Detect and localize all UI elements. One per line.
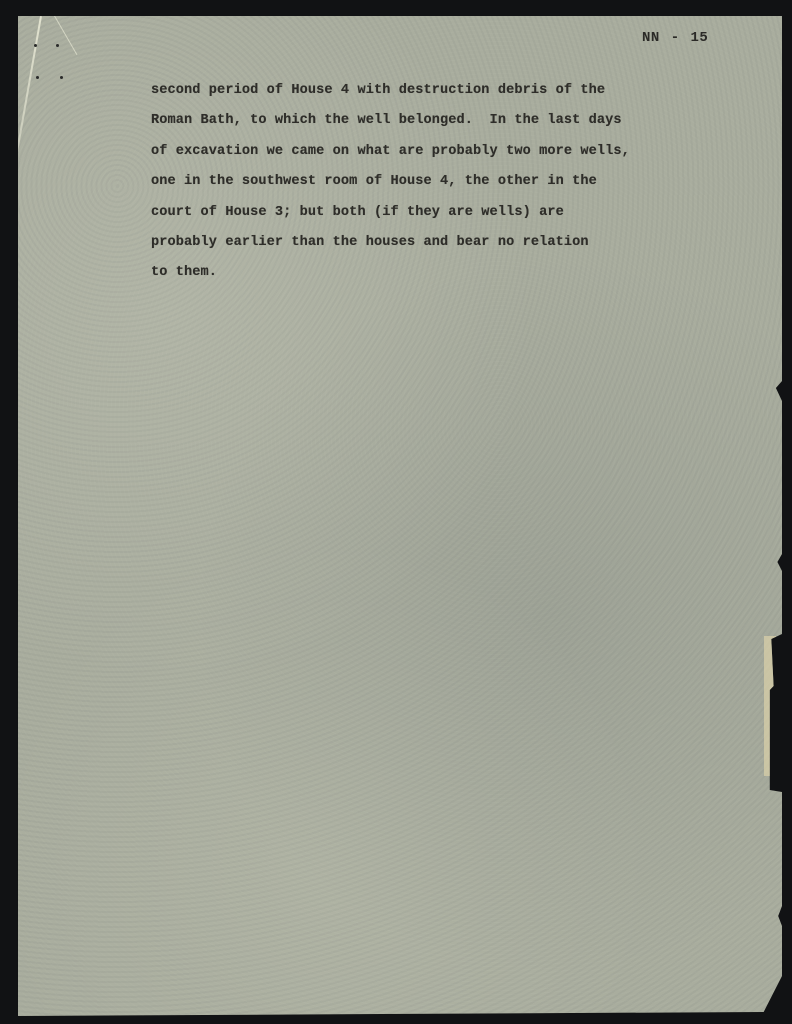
tape-strip xyxy=(764,636,776,776)
text-line: second period of House 4 with destructio… xyxy=(151,76,711,106)
text-line: to them. xyxy=(151,258,711,288)
body-paragraph: second period of House 4 with destructio… xyxy=(151,76,711,289)
text-line: probably earlier than the houses and bea… xyxy=(151,228,711,258)
text-line: of excavation we came on what are probab… xyxy=(151,137,711,167)
page-number: NN - 15 xyxy=(642,30,708,46)
text-line: court of House 3; but both (if they are … xyxy=(151,198,711,228)
punch-hole-mark xyxy=(60,76,63,79)
punch-hole-mark xyxy=(36,76,39,79)
typewritten-sheet: NN - 15 second period of House 4 with de… xyxy=(18,16,782,1016)
paper-crease xyxy=(2,16,42,233)
punch-hole-mark xyxy=(34,44,37,47)
punch-hole-mark xyxy=(56,44,59,47)
paper-crease xyxy=(54,16,77,55)
text-line: Roman Bath, to which the well belonged. … xyxy=(151,106,711,136)
scanned-page: NN - 15 second period of House 4 with de… xyxy=(0,0,792,1024)
text-line: one in the southwest room of House 4, th… xyxy=(151,167,711,197)
